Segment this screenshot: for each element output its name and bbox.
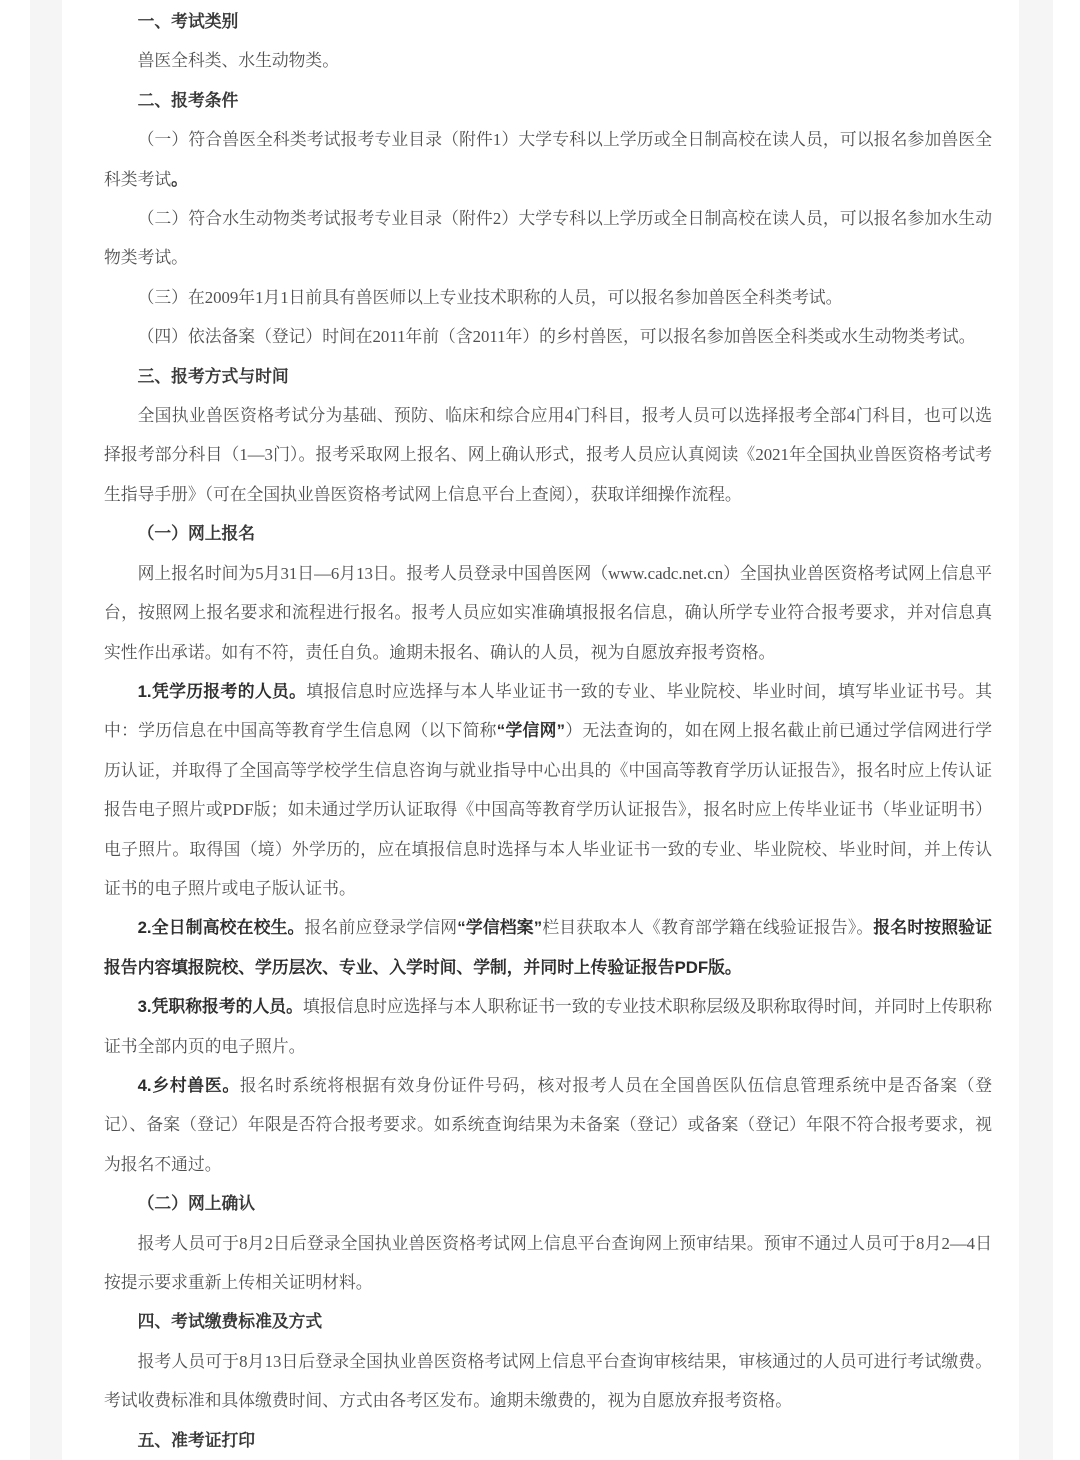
heading-text: 五、准考证打印	[138, 1431, 255, 1450]
para-applicants-by-title: 3.凭职称报考的人员。填报信息时应选择与本人职称证书一致的专业技术职称层级及职称…	[104, 987, 992, 1066]
section-heading-exam-categories: 一、考试类别	[104, 2, 992, 41]
right-margin-stripe	[1019, 0, 1053, 1460]
text-run: 兽医全科类、水生动物类。	[138, 51, 339, 70]
section-heading-application-method-time: 三、报考方式与时间	[104, 357, 992, 396]
subsection-heading-online-confirmation: （二）网上确认	[104, 1184, 992, 1223]
text-run: “学信档案”	[457, 918, 542, 937]
text-run: 全国执业兽医资格考试分为基础、预防、临床和综合应用4门科目，报考人员可以选择报考…	[104, 406, 992, 504]
para-condition-2: （二）符合水生动物类考试报考专业目录（附件2）大学专科以上学历或全日制高校在读人…	[104, 199, 992, 278]
section-heading-payment: 四、考试缴费标准及方式	[104, 1302, 992, 1341]
text-run: （二）符合水生动物类考试报考专业目录（附件2）大学专科以上学历或全日制高校在读人…	[104, 209, 992, 267]
text-run: 报考人员可于8月13日后登录全国执业兽医资格考试网上信息平台查询审核结果，审核通…	[104, 1352, 992, 1410]
para-condition-3: （三）在2009年1月1日前具有兽医师以上专业技术职称的人员，可以报名参加兽医全…	[104, 278, 992, 317]
para-condition-4: （四）依法备案（登记）时间在2011年前（含2011年）的乡村兽医，可以报名参加…	[104, 317, 992, 356]
text-run: 报名前应登录学信网	[305, 918, 458, 937]
para-fulltime-students: 2.全日制高校在校生。报名前应登录学信网“学信档案”栏目获取本人《教育部学籍在线…	[104, 908, 992, 987]
para-payment: 报考人员可于8月13日后登录全国执业兽医资格考试网上信息平台查询审核结果，审核通…	[104, 1342, 992, 1421]
text-run: 3.凭职称报考的人员。	[138, 997, 303, 1016]
heading-text: 一、考试类别	[138, 12, 239, 31]
text-run: 栏目获取本人《教育部学籍在线验证报告》。	[542, 918, 873, 937]
heading-text: 四、考试缴费标准及方式	[138, 1312, 323, 1331]
text-run: 4.乡村兽医。	[138, 1076, 240, 1095]
para-application-overview: 全国执业兽医资格考试分为基础、预防、临床和综合应用4门科目，报考人员可以选择报考…	[104, 396, 992, 514]
left-margin-stripe	[30, 0, 62, 1460]
para-condition-1: （一）符合兽医全科类考试报考专业目录（附件1）大学专科以上学历或全日制高校在读人…	[104, 120, 992, 199]
text-run: ）无法查询的，如在网上报名截止前已通过学信网进行学历认证，并取得了全国高等学校学…	[104, 721, 992, 898]
text-run: 报考人员可于8月2日后登录全国执业兽医资格考试网上信息平台查询网上预审结果。预审…	[104, 1234, 992, 1292]
text-run: 。	[171, 170, 188, 189]
subsection-heading-online-registration: （一）网上报名	[104, 514, 992, 553]
para-online-registration: 网上报名时间为5月31日—6月13日。报考人员登录中国兽医网（www.cadc.…	[104, 554, 992, 672]
heading-text: （一）网上报名	[138, 524, 255, 543]
text-run: 2.全日制高校在校生。	[138, 918, 305, 937]
text-run: （一）符合兽医全科类考试报考专业目录（附件1）大学专科以上学历或全日制高校在读人…	[104, 130, 992, 188]
para-exam-categories: 兽医全科类、水生动物类。	[104, 41, 992, 80]
text-run: （四）依法备案（登记）时间在2011年前（含2011年）的乡村兽医，可以报名参加…	[138, 327, 976, 346]
heading-text: （二）网上确认	[138, 1194, 255, 1213]
heading-text: 三、报考方式与时间	[138, 367, 289, 386]
section-heading-application-conditions: 二、报考条件	[104, 81, 992, 120]
para-applicants-by-education: 1.凭学历报考的人员。填报信息时应选择与本人毕业证书一致的专业、毕业院校、毕业时…	[104, 672, 992, 908]
para-village-vets: 4.乡村兽医。报名时系统将根据有效身份证件号码，核对报考人员在全国兽医队伍信息管…	[104, 1066, 992, 1184]
heading-text: 二、报考条件	[138, 91, 239, 110]
text-run: 1.凭学历报考的人员。	[138, 682, 307, 701]
section-heading-admission-ticket: 五、准考证打印	[104, 1421, 992, 1460]
text-run: 网上报名时间为5月31日—6月13日。报考人员登录中国兽医网（www.cadc.…	[104, 564, 992, 662]
text-run: “学信网”	[497, 721, 565, 740]
text-run: （三）在2009年1月1日前具有兽医师以上专业技术职称的人员，可以报名参加兽医全…	[138, 288, 843, 307]
announcement-document: 一、考试类别 兽医全科类、水生动物类。 二、报考条件 （一）符合兽医全科类考试报…	[104, 2, 992, 1460]
para-online-confirmation: 报考人员可于8月2日后登录全国执业兽医资格考试网上信息平台查询网上预审结果。预审…	[104, 1224, 992, 1303]
